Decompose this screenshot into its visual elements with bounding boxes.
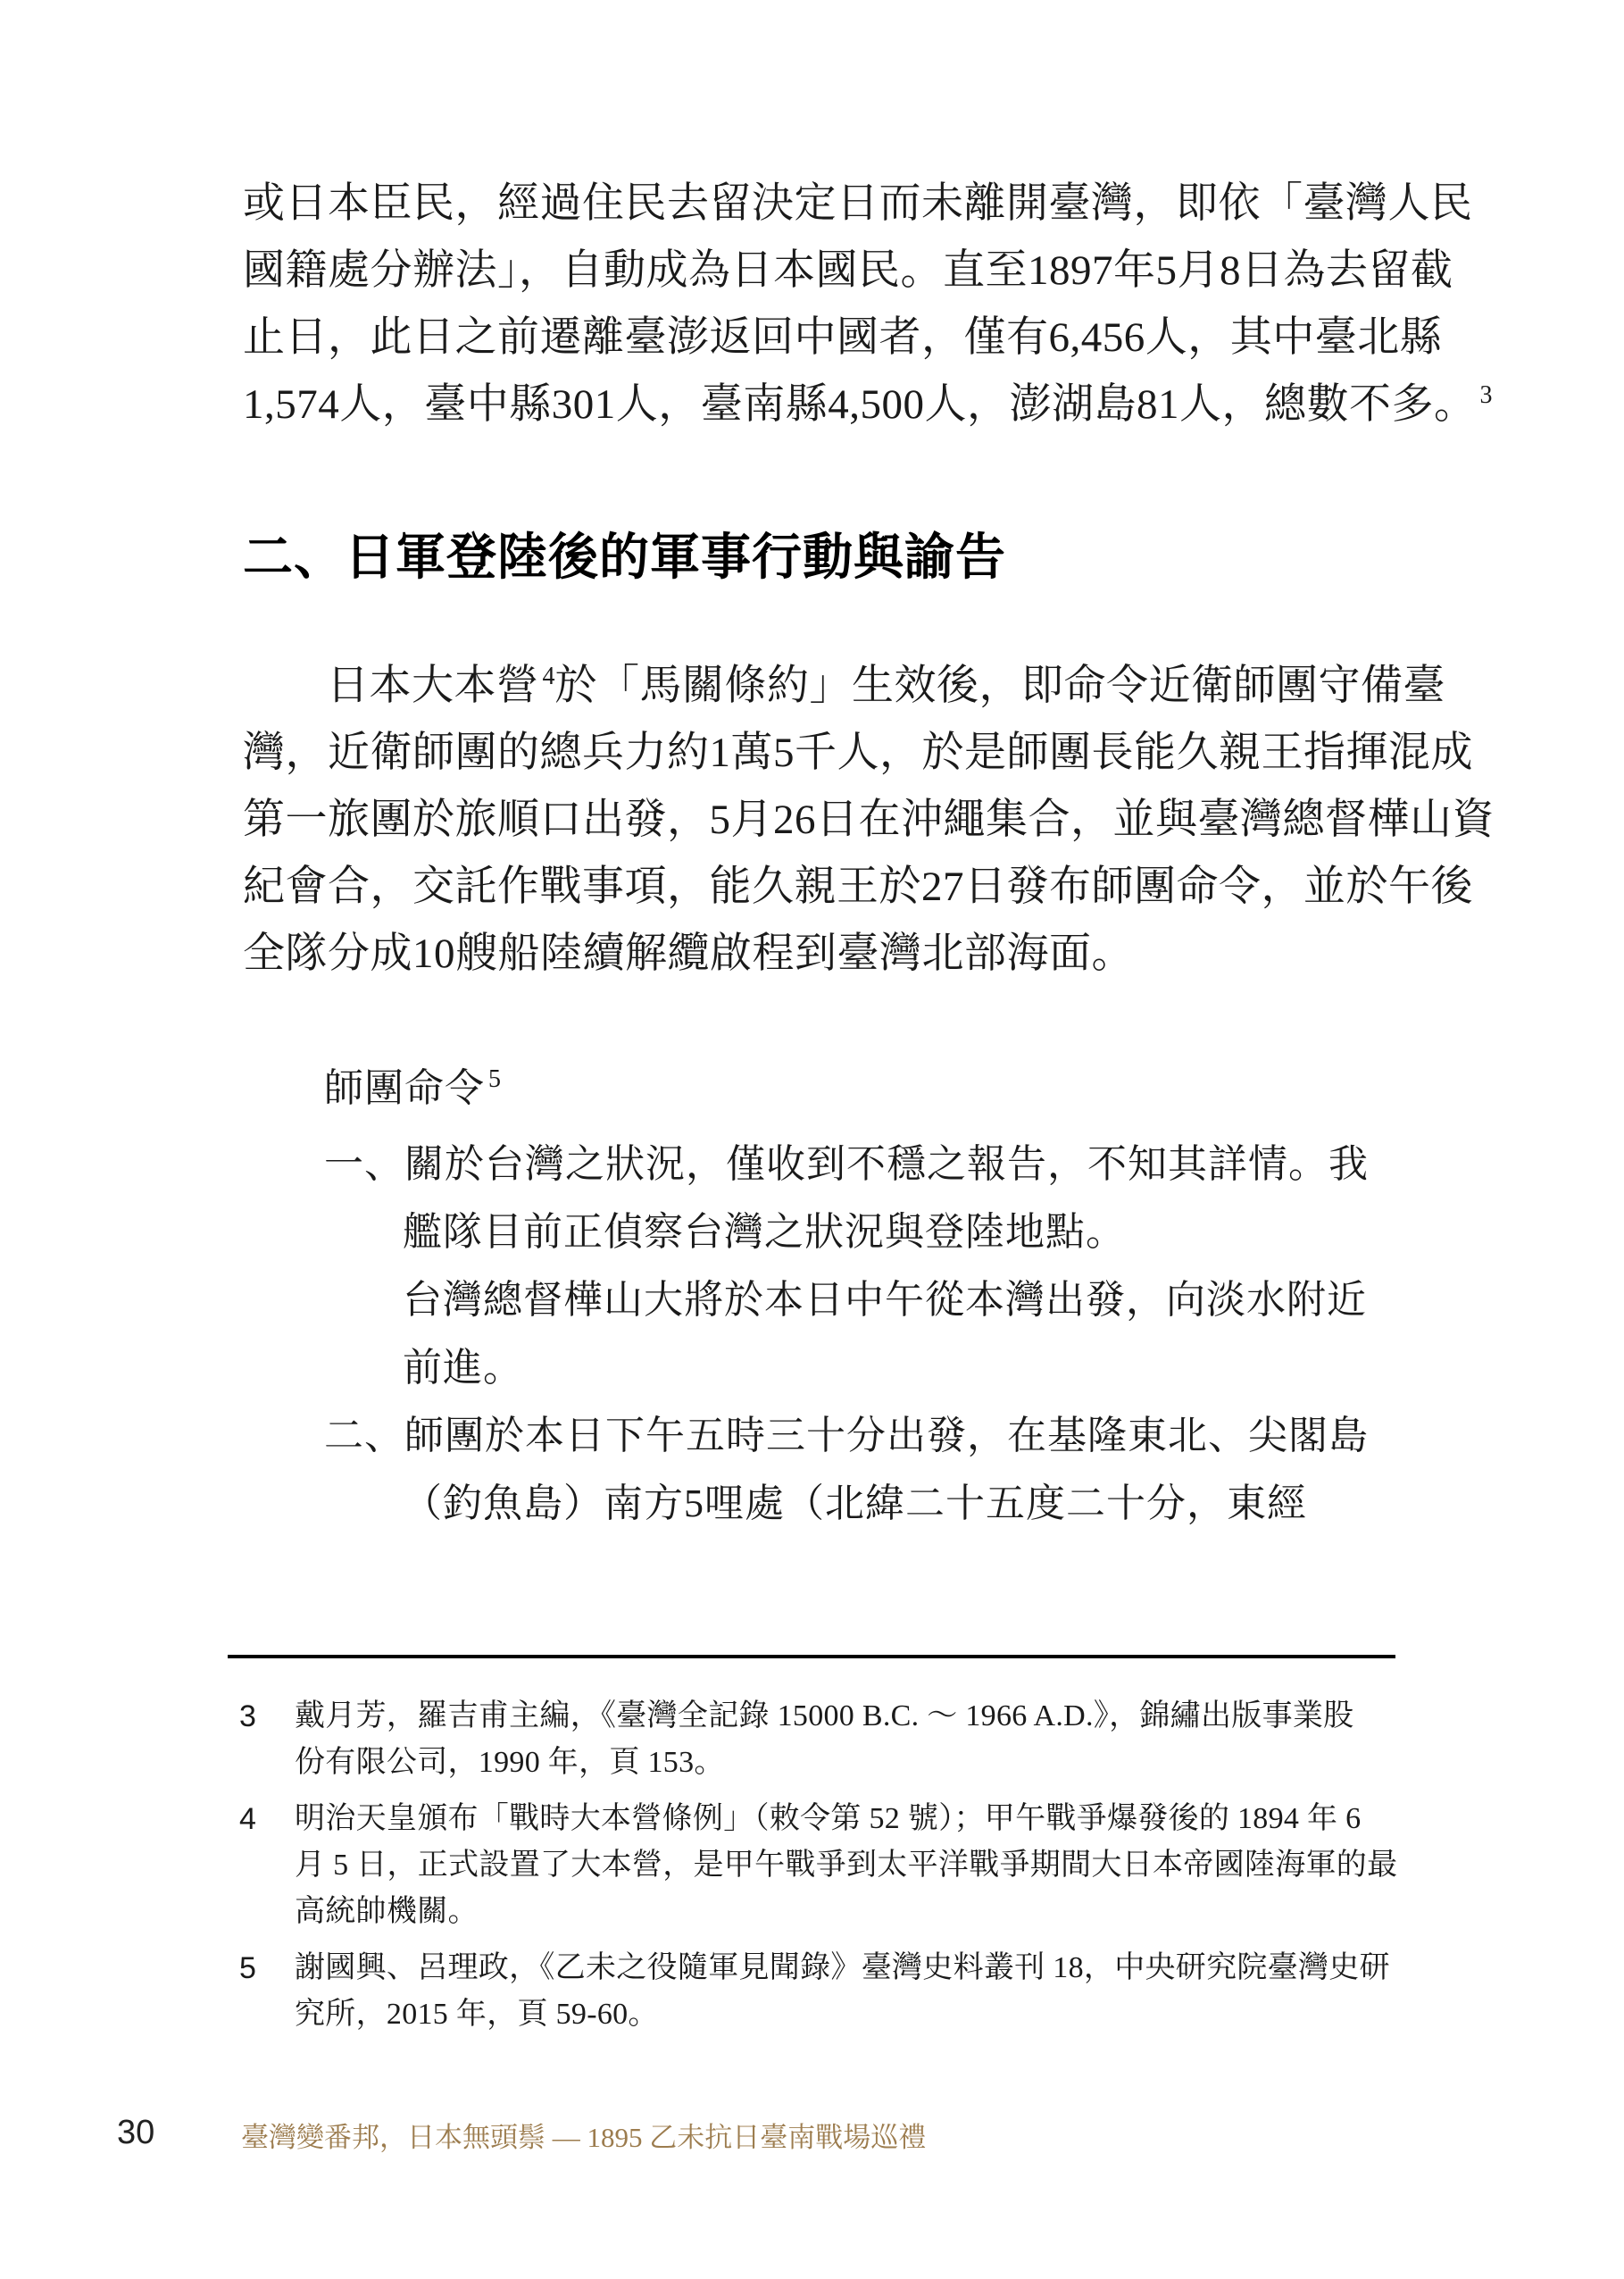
footnote-separator-rule bbox=[228, 1655, 1395, 1658]
footnote-text: 戴月芳，羅吉甫主編，《臺灣全記錄 15000 B.C. ～ 1966 A.D.》… bbox=[295, 1693, 1427, 1786]
footnote-3: 3 戴月芳，羅吉甫主編，《臺灣全記錄 15000 B.C. ～ 1966 A.D… bbox=[239, 1693, 1427, 1786]
quote-line: 一、關於台灣之狀況，僅收到不穩之報告，不知其詳情。我 bbox=[324, 1131, 1395, 1198]
division-order-quote: 師團命令5 一、關於台灣之狀況，僅收到不穩之報告，不知其詳情。我 艦隊目前正偵察… bbox=[324, 1055, 1395, 1538]
footnote-5: 5 謝國興、呂理政，《乙未之役隨軍見聞錄》臺灣史料叢刊 18，中央研究院臺灣史研… bbox=[239, 1945, 1427, 2038]
footnote-line: 戴月芳，羅吉甫主編，《臺灣全記錄 15000 B.C. ～ 1966 A.D.》… bbox=[295, 1693, 1427, 1740]
quote-line: 艦隊目前正偵察台灣之狀況與登陸地點。 bbox=[324, 1198, 1395, 1266]
footnote-number: 4 bbox=[239, 1796, 295, 1935]
intro-line-text: 1,574人，臺中縣301人，臺南縣4,500人，澎湖島81人，總數不多。 bbox=[243, 381, 1477, 428]
intro-line: 或日本臣民，經過住民去留決定日而未離開臺灣，即依「臺灣人民 bbox=[243, 171, 1484, 238]
body-paragraph: 日本大本營4於「馬關條約」生效後，即命令近衛師團守備臺 灣，近衛師團的總兵力約1… bbox=[243, 653, 1484, 988]
footnote-line: 份有限公司，1990 年，頁 153。 bbox=[295, 1740, 1427, 1786]
footnote-text: 謝國興、呂理政，《乙未之役隨軍見聞錄》臺灣史料叢刊 18，中央研究院臺灣史研 究… bbox=[295, 1945, 1427, 2038]
intro-paragraph: 或日本臣民，經過住民去留決定日而未離開臺灣，即依「臺灣人民 國籍處分辦法」，自動… bbox=[243, 171, 1484, 438]
footnote-line: 究所，2015 年，頁 59-60。 bbox=[295, 1991, 1427, 2038]
footnote-line: 明治天皇頒布「戰時大本營條例」（敕令第 52 號）；甲午戰爭爆發後的 1894 … bbox=[295, 1796, 1427, 1842]
footnote-ref-4: 4 bbox=[539, 663, 555, 690]
body-line: 灣，近衛師團的總兵力約1萬5千人，於是師團長能久親王指揮混成 bbox=[243, 720, 1484, 787]
intro-line: 國籍處分辦法」，自動成為日本國民。直至1897年5月8日為去留截 bbox=[243, 238, 1484, 305]
quote-line: 前進。 bbox=[324, 1334, 1395, 1402]
running-title: 臺灣變番邦，日本無頭鬃 — 1895 乙未抗日臺南戰場巡禮 bbox=[241, 2120, 926, 2156]
body-line-text: 日本大本營 bbox=[327, 663, 539, 709]
quote-line: （釣魚島）南方5哩處（北緯二十五度二十分，東經 bbox=[324, 1470, 1395, 1538]
footnote-ref-3: 3 bbox=[1477, 381, 1493, 409]
quote-line: 台灣總督樺山大將於本日中午從本灣出發，向淡水附近 bbox=[324, 1266, 1395, 1334]
footnote-line: 高統帥機關。 bbox=[295, 1889, 1427, 1935]
book-page: 或日本臣民，經過住民去留決定日而未離開臺灣，即依「臺灣人民 國籍處分辦法」，自動… bbox=[0, 0, 1624, 2279]
footnote-line: 月 5 日，正式設置了大本營，是甲午戰爭到太平洋戰爭期間大日本帝國陸海軍的最 bbox=[295, 1842, 1427, 1889]
quote-title-text: 師團命令 bbox=[324, 1066, 485, 1110]
body-line: 日本大本營4於「馬關條約」生效後，即命令近衛師團守備臺 bbox=[243, 653, 1484, 720]
footnote-text: 明治天皇頒布「戰時大本營條例」（敕令第 52 號）；甲午戰爭爆發後的 1894 … bbox=[295, 1796, 1427, 1935]
section-heading: 二、日軍登陸後的軍事行動與諭告 bbox=[243, 525, 1006, 589]
footnotes: 3 戴月芳，羅吉甫主編，《臺灣全記錄 15000 B.C. ～ 1966 A.D… bbox=[239, 1693, 1427, 2048]
body-line: 全隊分成10艘船陸續解纜啟程到臺灣北部海面。 bbox=[243, 921, 1484, 988]
quote-title: 師團命令5 bbox=[324, 1055, 1395, 1123]
page-number: 30 bbox=[117, 2113, 154, 2152]
intro-line: 1,574人，臺中縣301人，臺南縣4,500人，澎湖島81人，總數不多。3 bbox=[243, 371, 1484, 438]
footnote-line: 謝國興、呂理政，《乙未之役隨軍見聞錄》臺灣史料叢刊 18，中央研究院臺灣史研 bbox=[295, 1945, 1427, 1991]
body-line: 第一旅團於旅順口出發，5月26日在沖繩集合，並與臺灣總督樺山資 bbox=[243, 787, 1484, 854]
footnote-ref-5: 5 bbox=[485, 1065, 501, 1093]
quote-line: 二、師團於本日下午五時三十分出發，在基隆東北、尖閣島 bbox=[324, 1402, 1395, 1470]
footnote-4: 4 明治天皇頒布「戰時大本營條例」（敕令第 52 號）；甲午戰爭爆發後的 189… bbox=[239, 1796, 1427, 1935]
body-line-text: 於「馬關條約」生效後，即命令近衛師團守備臺 bbox=[555, 663, 1446, 709]
footnote-number: 5 bbox=[239, 1945, 295, 2038]
intro-line: 止日，此日之前遷離臺澎返回中國者，僅有6,456人，其中臺北縣 bbox=[243, 305, 1484, 371]
body-line: 紀會合，交託作戰事項，能久親王於27日發布師團命令，並於午後 bbox=[243, 854, 1484, 921]
footnote-number: 3 bbox=[239, 1693, 295, 1786]
